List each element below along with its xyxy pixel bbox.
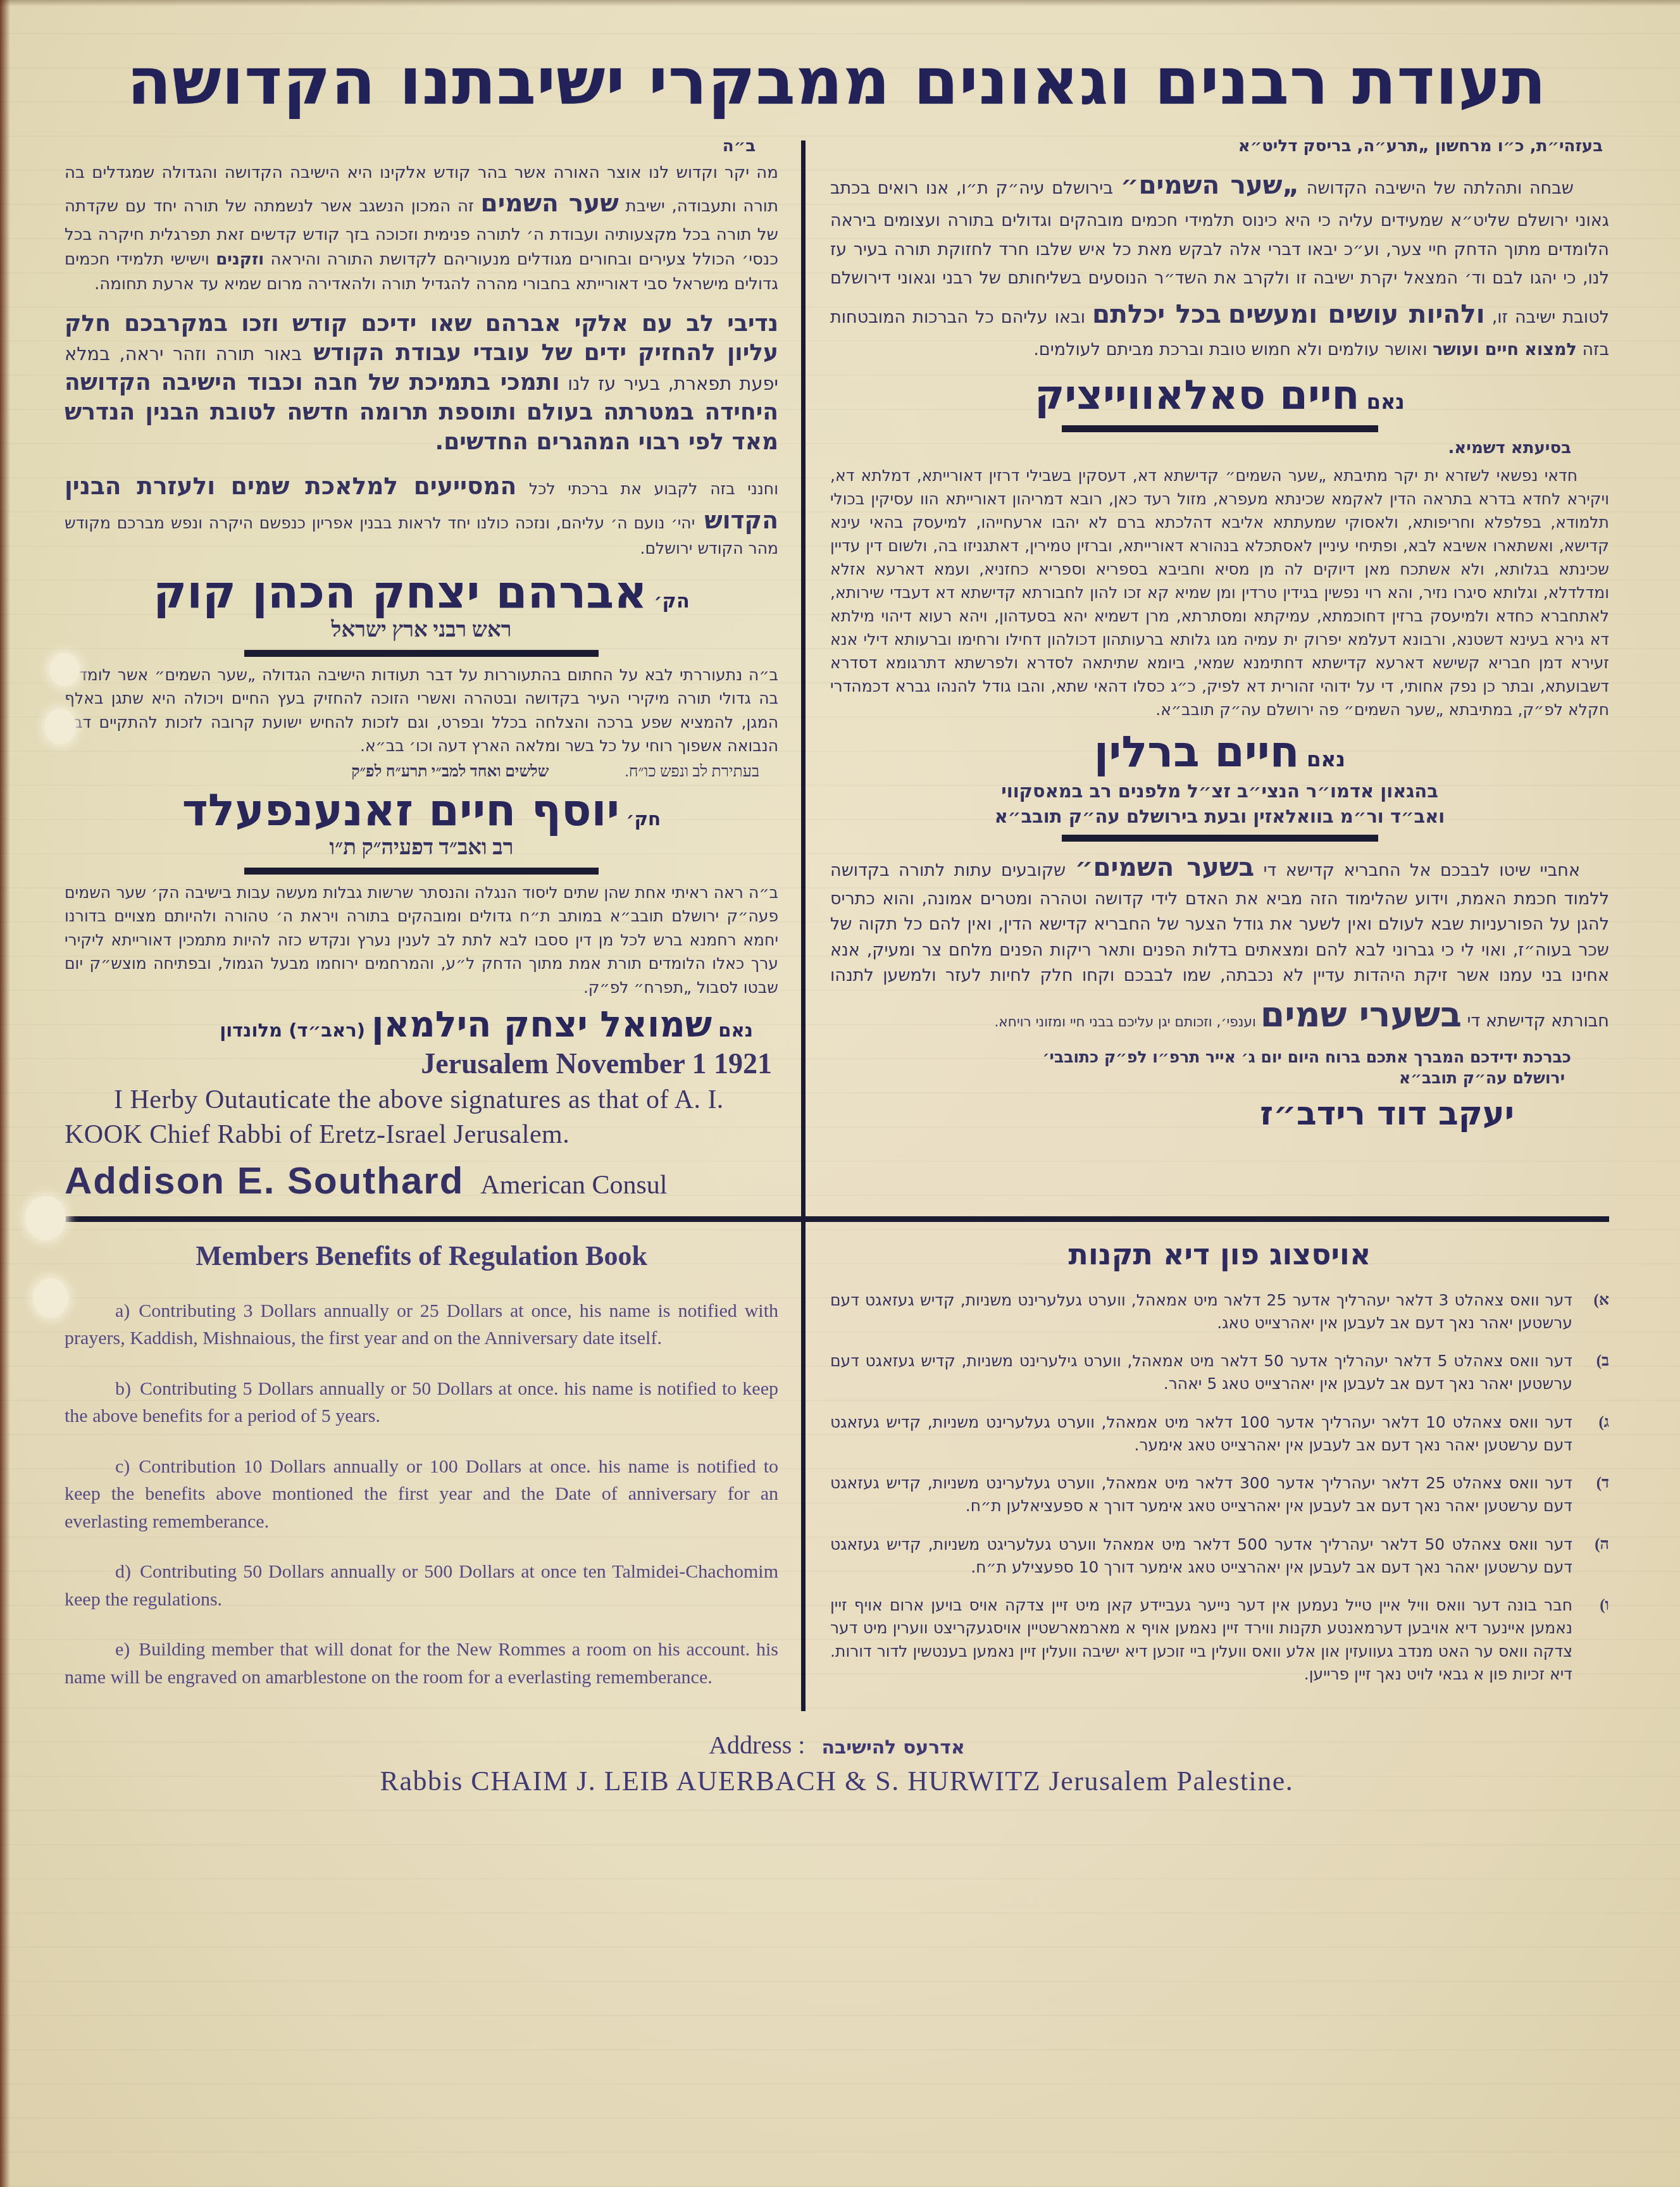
address-label-english: Address : (709, 1730, 805, 1760)
regulation-label: ה) (1572, 1533, 1609, 1579)
bh-mark: ב״ה (65, 137, 756, 156)
paragraph-brisk: שבחה ותהלתה של הישיבה הקדושה „שער השמים״… (830, 163, 1609, 364)
lower-row: Members Benefits of Regulation Book a)Co… (65, 1237, 1609, 1714)
benefits-header: Members Benefits of Regulation Book (65, 1240, 778, 1272)
upper-row: ב״ה מה יקר וקדוש לנו אוצר האורה אשר בהר … (65, 137, 1609, 1204)
paragraph-berlin-appeal: אחביי שיטו לבבכם אל החבריא קדישא די בשער… (830, 848, 1609, 1042)
regulation-item-5: ה)דער וואס צאהלט 50 דלאר יעהרליך אדער 50… (830, 1533, 1609, 1579)
closing-phrase: בעתירת לב ונפש כו״ח. (625, 763, 760, 781)
closing-blessing-line: כברכת ידידכם המברך אתכם ברוח היום יום ג׳… (830, 1048, 1609, 1066)
benefit-text: Contribution 10 Dollars annually or 100 … (65, 1456, 778, 1532)
benefit-text: Building member that will donat for the … (65, 1639, 778, 1688)
regulation-text: דער וואס צאהלט 10 דלאר יעהרליך אדער 100 … (830, 1411, 1572, 1457)
column-divider-rule (801, 140, 806, 1711)
signature-kook-title: ראש רבני ארץ ישראל (65, 618, 778, 642)
signature-rule (244, 650, 599, 657)
consul-certification: I Herby Outauticate the above signatures… (65, 1083, 778, 1152)
benefit-label: c) (115, 1456, 130, 1477)
paragraph-intro: מה יקר וקדוש לנו אוצר האורה אשר בהר קודש… (65, 161, 778, 297)
benefit-item-c: c)Contribution 10 Dollars annually or 10… (65, 1453, 778, 1536)
endorsement-1-dateline: בעתירת לב ונפש כו״ח. שלשים ואחד למב״י תר… (65, 763, 759, 781)
berlin-subtitle-2: ואב״ד ור״מ בוואלאזין ובעת בירושלם עה״ק ת… (830, 806, 1609, 827)
regulation-item-3: ג)דער וואס צאהלט 10 דלאר יעהרליך אדער 10… (830, 1411, 1609, 1457)
benefit-text: Contributing 50 Dollars annually or 500 … (65, 1561, 778, 1610)
benefit-label: a) (115, 1300, 130, 1321)
regulation-text: חבר בונה דער וואס וויל איין טייל נעמען א… (830, 1594, 1572, 1686)
regulation-label: ג) (1572, 1411, 1609, 1457)
regulations-section: אויסצוג פון דיא תקנות א)דער וואס צאהלט 3… (830, 1237, 1609, 1702)
regulation-item-6: ו)חבר בונה דער וואס וויל איין טייל נעמען… (830, 1594, 1609, 1686)
signature-block-kook: הק׳ אברהם יצחק הכהן קוק ראש רבני ארץ ישר… (65, 567, 778, 657)
regulation-text: דער וואס צאהלט 3 דלאר יעהרליך אדער 25 דל… (830, 1289, 1572, 1335)
hebrew-date: שלשים ואחד למב״י תרע״ח לפ״ק (351, 763, 549, 781)
punch-hole (44, 709, 76, 744)
regulation-label: ו) (1572, 1594, 1609, 1686)
columns-area: ב״ה מה יקר וקדוש לנו אוצר האורה אשר בהר … (65, 137, 1609, 1714)
paragraph-endorsement-1: ב״ה נתעוררתי לבא על החתום בהתעוררות על ד… (65, 663, 778, 758)
punch-hole (49, 653, 80, 686)
brisk-dateline: בעזהי״ת, כ״ו מרחשון „תרע״ה, בריסק דליט״א (830, 137, 1603, 156)
signature-sonnenfeld: חק׳ יוסף חיים זאנענפעלד (65, 786, 778, 835)
benefit-label: e) (115, 1639, 130, 1660)
document-page: תעודת רבנים וגאונים ממבקרי ישיבתנו הקדוש… (0, 0, 1680, 2187)
regulation-item-4: ד)דער וואס צאהלט 25 דלאר יעהרליך אדער 30… (830, 1472, 1609, 1518)
signature-hillman: נאם שמואל יצחק הילמאן (ראב״ד) מלונדון (65, 1004, 753, 1045)
address-line: Address : אדרעס להישיבה (65, 1730, 1609, 1760)
benefit-item-d: d)Contributing 50 Dollars annually or 50… (65, 1558, 778, 1613)
signature-block-sonnenfeld: חק׳ יוסף חיים זאנענפעלד רב ואב״ד דפעיה״ק… (65, 786, 778, 875)
benefit-text: Contributing 5 Dollars annually or 50 Do… (65, 1378, 778, 1427)
signature-sonnenfeld-title: רב ואב״ד דפעיה״ק ת״ו (65, 836, 778, 860)
section-divider-rule (65, 1216, 1609, 1222)
benefit-label: b) (115, 1378, 131, 1399)
regulation-text: דער וואס צאהלט 50 דלאר יעהרליך אדער 500 … (830, 1533, 1572, 1579)
signature-soloveitchik: נאם חיים סאלאווייציק (830, 373, 1609, 418)
regulation-item-2: ב)דער וואס צאהלט 5 דלאר יעהרליך אדער 50 … (830, 1350, 1609, 1396)
right-column: בעזהי״ת, כ״ו מרחשון „תרע״ה, בריסק דליט״א… (830, 137, 1609, 1135)
regulation-text: דער וואס צאהלט 25 דלאר יעהרליך אדער 300 … (830, 1472, 1572, 1518)
siyata-dishmaya: בסיעתא דשמיא. (830, 439, 1571, 458)
footer: Address : אדרעס להישיבה Rabbis CHAIM J. … (65, 1730, 1609, 1797)
document-title: תעודת רבנים וגאונים ממבקרי ישיבתנו הקדוש… (65, 47, 1609, 118)
benefit-text: Contributing 3 Dollars annually or 25 Do… (65, 1300, 778, 1349)
english-date: Jerusalem November 1 1921 (65, 1047, 772, 1080)
signature-rule (1062, 835, 1378, 842)
signature-block-soloveitchik: נאם חיים סאלאווייציק (830, 373, 1609, 432)
benefit-label: d) (115, 1561, 131, 1582)
consul-title: American Consul (480, 1170, 667, 1200)
regulation-label: ב) (1572, 1350, 1609, 1396)
paper-stain (25, 1196, 66, 1240)
signature-ridbaz: יעקב דוד רידב״ז (830, 1095, 1514, 1133)
signature-block-berlin: נאם חיים ברלין בהגאון אדמו״ר הנצי״ב זצ״ל… (830, 729, 1609, 842)
signature-berlin: נאם חיים ברלין (830, 729, 1609, 776)
closing-place-line: ירושלם עה״ק תובב״א (830, 1069, 1565, 1087)
paper-stain (33, 1278, 68, 1318)
regulation-item-1: א)דער וואס צאהלט 3 דלאר יעהרליך אדער 25 … (830, 1289, 1609, 1335)
paragraph-appeal: נדיבי לב עם אלקי אברהם שאו ידיכם קודש וז… (65, 309, 778, 458)
consul-signature-block: Addison E. Southard American Consul (65, 1159, 778, 1202)
berlin-subtitle-1: בהגאון אדמו״ר הנצי״ב זצ״ל מלפנים רב במאס… (830, 780, 1609, 802)
benefits-section: Members Benefits of Regulation Book a)Co… (65, 1237, 778, 1714)
left-column: ב״ה מה יקר וקדוש לנו אוצר האורה אשר בהר … (65, 137, 778, 1204)
paragraph-aramaic: חדאי נפשאי לשזרא ית יקר מתיבתא „שער השמי… (830, 464, 1609, 721)
benefit-item-a: a)Contributing 3 Dollars annually or 25 … (65, 1297, 778, 1352)
signature-rule (1062, 425, 1378, 432)
consul-name: Addison E. Southard (65, 1159, 464, 1202)
paragraph-blessing: וחנני בזה לקבוע את ברכתי לכל המסייעים למ… (65, 469, 778, 561)
regulations-header: אויסצוג פון דיא תקנות (830, 1237, 1609, 1271)
rabbis-address-line: Rabbis CHAIM J. LEIB AUERBACH & S. HURWI… (65, 1765, 1609, 1797)
benefit-item-b: b)Contributing 5 Dollars annually or 50 … (65, 1375, 778, 1430)
signature-kook: הק׳ אברהם יצחק הכהן קוק (65, 567, 778, 617)
benefit-item-e: e)Building member that will donat for th… (65, 1636, 778, 1691)
address-label-hebrew: אדרעס להישיבה (821, 1736, 964, 1759)
paragraph-endorsement-2: ב״ה ראה ראיתי אחת שהן שתים ליסוד הנגלה ו… (65, 881, 778, 1000)
regulation-label: א) (1572, 1289, 1609, 1335)
signature-rule (244, 868, 599, 875)
regulation-text: דער וואס צאהלט 5 דלאר יעהרליך אדער 50 דל… (830, 1350, 1572, 1396)
regulation-label: ד) (1572, 1472, 1609, 1518)
